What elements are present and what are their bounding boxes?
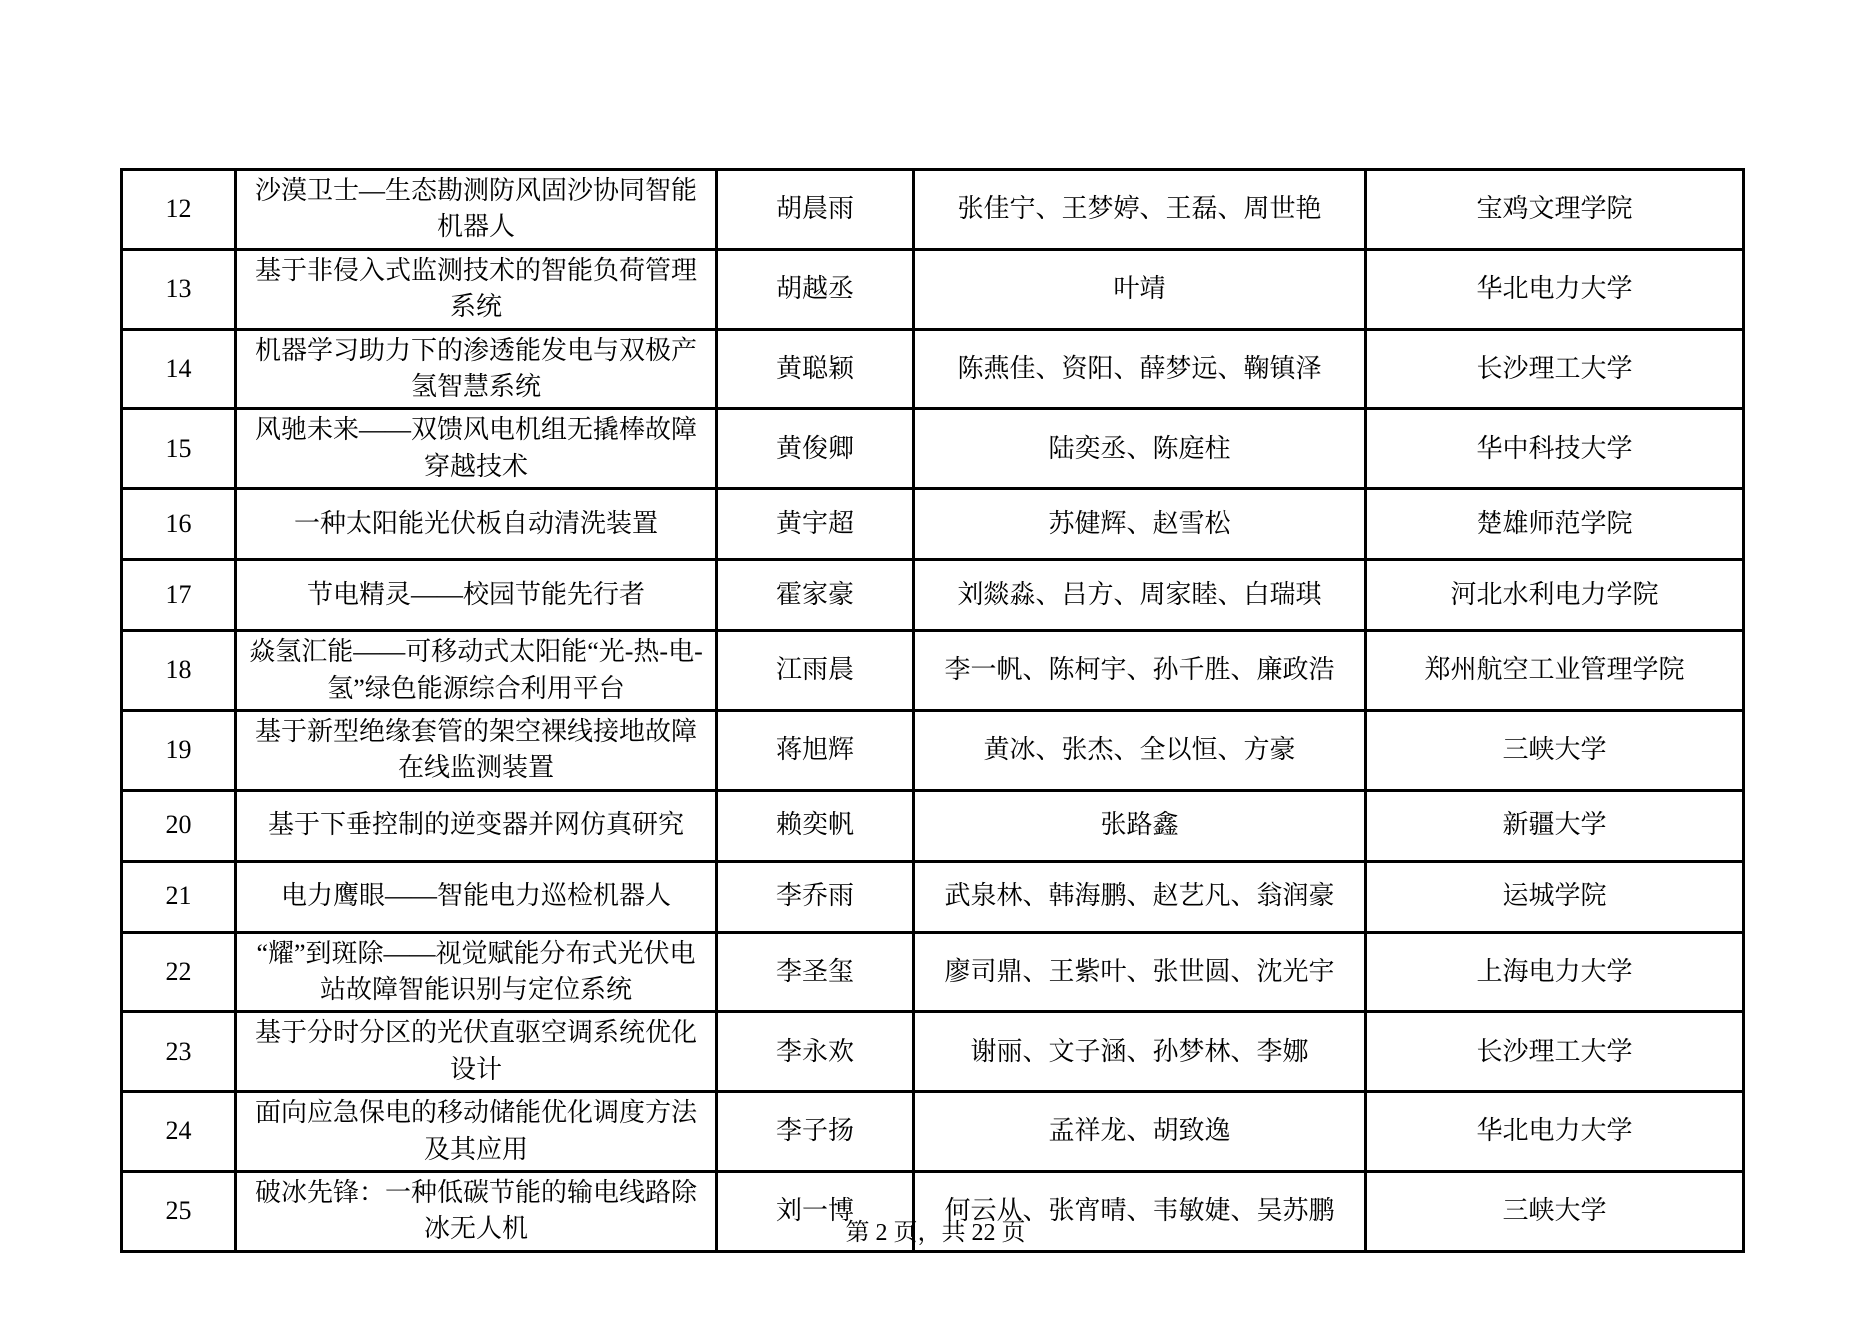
project-title: 基于分时分区的光伏直驱空调系统优化设计 bbox=[236, 1012, 717, 1092]
table-row: 12 沙漠卫士—生态勘测防风固沙协同智能机器人 胡晨雨 张佳宁、王梦婷、王磊、周… bbox=[122, 170, 1744, 250]
project-title: 基于新型绝缘套管的架空裸线接地故障在线监测装置 bbox=[236, 710, 717, 790]
team-members: 叶靖 bbox=[914, 249, 1366, 329]
table-row: 14 机器学习助力下的渗透能发电与双极产氢智慧系统 黄聪颖 陈燕佳、资阳、薛梦远… bbox=[122, 329, 1744, 409]
team-members: 谢丽、文子涵、孙梦林、李娜 bbox=[914, 1012, 1366, 1092]
school-name: 新疆大学 bbox=[1366, 790, 1744, 861]
row-number: 19 bbox=[122, 710, 236, 790]
team-members: 黄冰、张杰、全以恒、方豪 bbox=[914, 710, 1366, 790]
leader-name: 黄宇超 bbox=[717, 489, 914, 560]
leader-name: 霍家豪 bbox=[717, 560, 914, 631]
leader-name: 胡越丞 bbox=[717, 249, 914, 329]
project-title: 焱氢汇能——可移动式太阳能“光-热-电-氢”绿色能源综合利用平台 bbox=[236, 631, 717, 711]
leader-name: 李永欢 bbox=[717, 1012, 914, 1092]
row-number: 24 bbox=[122, 1092, 236, 1172]
school-name: 长沙理工大学 bbox=[1366, 1012, 1744, 1092]
school-name: 宝鸡文理学院 bbox=[1366, 170, 1744, 250]
row-number: 16 bbox=[122, 489, 236, 560]
team-members: 陆奕丞、陈庭柱 bbox=[914, 409, 1366, 489]
school-name: 三峡大学 bbox=[1366, 710, 1744, 790]
school-name: 长沙理工大学 bbox=[1366, 329, 1744, 409]
project-title: 电力鹰眼——智能电力巡检机器人 bbox=[236, 861, 717, 932]
row-number: 13 bbox=[122, 249, 236, 329]
project-title: 一种太阳能光伏板自动清洗装置 bbox=[236, 489, 717, 560]
team-members: 刘燚淼、吕方、周家睦、白瑞琪 bbox=[914, 560, 1366, 631]
leader-name: 蒋旭辉 bbox=[717, 710, 914, 790]
row-number: 22 bbox=[122, 932, 236, 1012]
table-row: 21 电力鹰眼——智能电力巡检机器人 李乔雨 武泉林、韩海鹏、赵艺凡、翁润豪 运… bbox=[122, 861, 1744, 932]
team-members: 廖司鼎、王紫叶、张世圆、沈光宇 bbox=[914, 932, 1366, 1012]
leader-name: 胡晨雨 bbox=[717, 170, 914, 250]
row-number: 12 bbox=[122, 170, 236, 250]
table-row: 23 基于分时分区的光伏直驱空调系统优化设计 李永欢 谢丽、文子涵、孙梦林、李娜… bbox=[122, 1012, 1744, 1092]
project-title: 基于下垂控制的逆变器并网仿真研究 bbox=[236, 790, 717, 861]
school-name: 楚雄师范学院 bbox=[1366, 489, 1744, 560]
table-row: 16 一种太阳能光伏板自动清洗装置 黄宇超 苏健辉、赵雪松 楚雄师范学院 bbox=[122, 489, 1744, 560]
leader-name: 黄聪颖 bbox=[717, 329, 914, 409]
row-number: 23 bbox=[122, 1012, 236, 1092]
row-number: 20 bbox=[122, 790, 236, 861]
project-title: 基于非侵入式监测技术的智能负荷管理系统 bbox=[236, 249, 717, 329]
project-title: 沙漠卫士—生态勘测防风固沙协同智能机器人 bbox=[236, 170, 717, 250]
row-number: 17 bbox=[122, 560, 236, 631]
team-members: 李一帆、陈柯宇、孙千胜、廉政浩 bbox=[914, 631, 1366, 711]
team-members: 张路鑫 bbox=[914, 790, 1366, 861]
leader-name: 黄俊卿 bbox=[717, 409, 914, 489]
table-row: 19 基于新型绝缘套管的架空裸线接地故障在线监测装置 蒋旭辉 黄冰、张杰、全以恒… bbox=[122, 710, 1744, 790]
school-name: 运城学院 bbox=[1366, 861, 1744, 932]
school-name: 上海电力大学 bbox=[1366, 932, 1744, 1012]
project-title: “耀”到斑除——视觉赋能分布式光伏电站故障智能识别与定位系统 bbox=[236, 932, 717, 1012]
table-row: 22 “耀”到斑除——视觉赋能分布式光伏电站故障智能识别与定位系统 李圣玺 廖司… bbox=[122, 932, 1744, 1012]
row-number: 15 bbox=[122, 409, 236, 489]
school-name: 华北电力大学 bbox=[1366, 249, 1744, 329]
school-name: 郑州航空工业管理学院 bbox=[1366, 631, 1744, 711]
table-row: 15 风驰未来——双馈风电机组无撬棒故障穿越技术 黄俊卿 陆奕丞、陈庭柱 华中科… bbox=[122, 409, 1744, 489]
projects-table: 12 沙漠卫士—生态勘测防风固沙协同智能机器人 胡晨雨 张佳宁、王梦婷、王磊、周… bbox=[120, 168, 1745, 1253]
table-row: 17 节电精灵——校园节能先行者 霍家豪 刘燚淼、吕方、周家睦、白瑞琪 河北水利… bbox=[122, 560, 1744, 631]
school-name: 华中科技大学 bbox=[1366, 409, 1744, 489]
leader-name: 李子扬 bbox=[717, 1092, 914, 1172]
team-members: 武泉林、韩海鹏、赵艺凡、翁润豪 bbox=[914, 861, 1366, 932]
table-row: 20 基于下垂控制的逆变器并网仿真研究 赖奕帆 张路鑫 新疆大学 bbox=[122, 790, 1744, 861]
school-name: 华北电力大学 bbox=[1366, 1092, 1744, 1172]
project-title: 面向应急保电的移动储能优化调度方法及其应用 bbox=[236, 1092, 717, 1172]
table-row: 13 基于非侵入式监测技术的智能负荷管理系统 胡越丞 叶靖 华北电力大学 bbox=[122, 249, 1744, 329]
leader-name: 赖奕帆 bbox=[717, 790, 914, 861]
leader-name: 李圣玺 bbox=[717, 932, 914, 1012]
project-title: 风驰未来——双馈风电机组无撬棒故障穿越技术 bbox=[236, 409, 717, 489]
project-title: 节电精灵——校园节能先行者 bbox=[236, 560, 717, 631]
school-name: 河北水利电力学院 bbox=[1366, 560, 1744, 631]
row-number: 21 bbox=[122, 861, 236, 932]
row-number: 14 bbox=[122, 329, 236, 409]
team-members: 陈燕佳、资阳、薛梦远、鞠镇泽 bbox=[914, 329, 1366, 409]
page-footer: 第 2 页，共 22 页 bbox=[0, 1212, 1871, 1247]
row-number: 18 bbox=[122, 631, 236, 711]
team-members: 苏健辉、赵雪松 bbox=[914, 489, 1366, 560]
leader-name: 江雨晨 bbox=[717, 631, 914, 711]
team-members: 孟祥龙、胡致逸 bbox=[914, 1092, 1366, 1172]
table-row: 24 面向应急保电的移动储能优化调度方法及其应用 李子扬 孟祥龙、胡致逸 华北电… bbox=[122, 1092, 1744, 1172]
project-title: 机器学习助力下的渗透能发电与双极产氢智慧系统 bbox=[236, 329, 717, 409]
document-page: 12 沙漠卫士—生态勘测防风固沙协同智能机器人 胡晨雨 张佳宁、王梦婷、王磊、周… bbox=[0, 0, 1871, 1323]
table-row: 18 焱氢汇能——可移动式太阳能“光-热-电-氢”绿色能源综合利用平台 江雨晨 … bbox=[122, 631, 1744, 711]
team-members: 张佳宁、王梦婷、王磊、周世艳 bbox=[914, 170, 1366, 250]
leader-name: 李乔雨 bbox=[717, 861, 914, 932]
